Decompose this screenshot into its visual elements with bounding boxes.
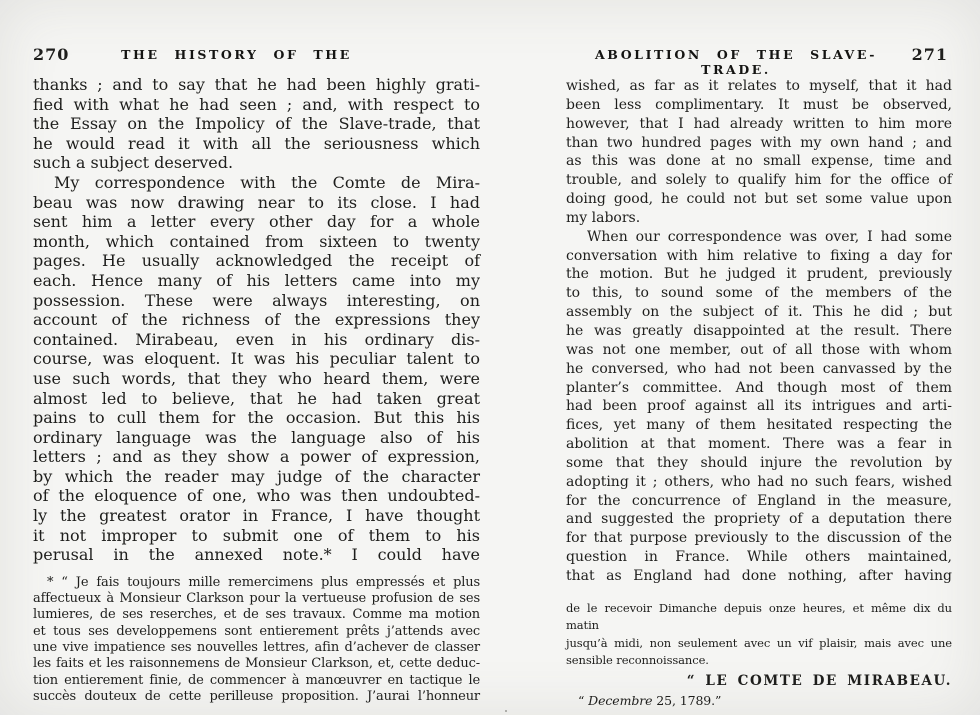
text-line: he was greatly disappointed at the resul…	[566, 322, 952, 341]
text-line: use such words, that they who heard them…	[33, 369, 480, 389]
text-line: however, that I had already written to h…	[566, 115, 952, 134]
text-line: conversation with him relative to fixing…	[566, 247, 952, 266]
running-header-right: ABOLITION OF THE SLAVE-TRADE.	[566, 45, 952, 77]
text-line: adopting it ; others, who had no such fe…	[566, 473, 952, 492]
text-line: trouble, and solely to qualify him for t…	[566, 171, 952, 190]
right-page: 271 ABOLITION OF THE SLAVE-TRADE. wished…	[566, 45, 952, 710]
text-line: sensible reconnoissance.	[566, 652, 952, 670]
text-line: lumieres, de ses reserches, et de ses tr…	[33, 607, 480, 623]
text-line: pains to cull them for the occasion. But…	[33, 408, 480, 428]
scan-speck	[505, 710, 507, 712]
text-line: for the concurrence of England in the me…	[566, 492, 952, 511]
text-line: fied with what he had seen ; and, with r…	[33, 95, 480, 115]
text-line: My correspondence with the Comte de Mira…	[33, 173, 480, 193]
text-line: les faits et les raisonnemens de Monsieu…	[33, 656, 480, 672]
text-line: contained. Mirabeau, even in his ordinar…	[33, 330, 480, 350]
text-line: course, was eloquent. It was his peculia…	[33, 349, 480, 369]
text-line: the Essay on the Impolicy of the Slave-t…	[33, 114, 480, 134]
text-line: planter’s committee. And though most of …	[566, 379, 952, 398]
text-line: than two hundred pages with my own hand …	[566, 134, 952, 153]
text-line: possession. These were always interestin…	[33, 291, 480, 311]
paragraph: My correspondence with the Comte de Mira…	[33, 173, 480, 565]
text-line: for that purpose previously to the discu…	[566, 529, 952, 548]
text-line: he conversed, who had not been canvassed…	[566, 360, 952, 379]
text-line: month, which contained from sixteen to t…	[33, 232, 480, 252]
text-line: * “ Je fais toujours mille remercimens p…	[33, 575, 480, 591]
text-line: letters ; and as they show a power of ex…	[33, 447, 480, 467]
left-body-text: thanks ; and to say that he had been hig…	[33, 75, 480, 565]
running-header-left: THE HISTORY OF THE	[33, 45, 480, 62]
text-line: When our correspondence was over, I had …	[566, 228, 952, 247]
left-footnote: * “ Je fais toujours mille remercimens p…	[33, 575, 480, 705]
text-line: succès douteux de cette perilleuse propo…	[33, 689, 480, 705]
text-line: of the eloquence of one, who was then un…	[33, 486, 480, 506]
footnote-date-open-quote: “	[578, 693, 588, 708]
right-body-text: wished, as far as it relates to myself, …	[566, 77, 952, 586]
text-line: beau was now drawing near to its close. …	[33, 193, 480, 213]
text-line: the motion. But he judged it prudent, pr…	[566, 265, 952, 284]
right-footnote-lines: de le recevoir Dimanche depuis onze heur…	[566, 600, 952, 670]
page-number-right: 271	[912, 45, 948, 64]
text-line: account of the richness of the expressio…	[33, 310, 480, 330]
paragraph: wished, as far as it relates to myself, …	[566, 77, 952, 228]
text-line: ordinary language was the language also …	[33, 428, 480, 448]
left-page: 270 THE HISTORY OF THE thanks ; and to s…	[33, 45, 480, 705]
text-line: fices, yet many of them hesitated respec…	[566, 416, 952, 435]
footnote-date: “ Decembre 25, 1789.”	[566, 692, 952, 710]
text-line: perusal in the annexed note.* I could ha…	[33, 545, 480, 565]
text-line: almost led to believe, that he had taken…	[33, 389, 480, 409]
text-line: jusqu’à midi, non seulement avec un vif …	[566, 635, 952, 653]
text-line: by which the reader may judge of the cha…	[33, 467, 480, 487]
text-line: and suggested the propriety of a deputat…	[566, 510, 952, 529]
text-line: such a subject deserved.	[33, 153, 480, 173]
text-line: sent him a letter every other day for a …	[33, 212, 480, 232]
text-line: wished, as far as it relates to myself, …	[566, 77, 952, 96]
text-line: ly the greatest orator in France, I have…	[33, 506, 480, 526]
text-line: affectueux à Monsieur Clarkson pour la v…	[33, 591, 480, 607]
footnote-signature: “ LE COMTE DE MIRABEAU.	[566, 673, 952, 691]
text-line: been less complimentary. It must be obse…	[566, 96, 952, 115]
text-line: each. Hence many of his letters came int…	[33, 271, 480, 291]
book-scan: 270 THE HISTORY OF THE thanks ; and to s…	[0, 0, 980, 715]
right-page-header: 271 ABOLITION OF THE SLAVE-TRADE.	[566, 45, 952, 67]
text-line: une vive impatience ses nouvelles lettre…	[33, 640, 480, 656]
text-line: some that they should injure the revolut…	[566, 454, 952, 473]
right-footnote: de le recevoir Dimanche depuis onze heur…	[566, 600, 952, 710]
text-line: thanks ; and to say that he had been hig…	[33, 75, 480, 95]
text-line: abolition at that moment. There was a fe…	[566, 435, 952, 454]
paragraph: When our correspondence was over, I had …	[566, 228, 952, 586]
paragraph: thanks ; and to say that he had been hig…	[33, 75, 480, 173]
text-line: was not one member, out of all those wit…	[566, 341, 952, 360]
text-line: et tous ses developpemens sont entiereme…	[33, 624, 480, 640]
text-line: as this was done at no small expense, ti…	[566, 152, 952, 171]
footnote-date-month: Decembre	[588, 693, 652, 708]
text-line: tion entierement finie, de commencer à m…	[33, 673, 480, 689]
text-line: de le recevoir Dimanche depuis onze heur…	[566, 600, 952, 635]
text-line: it not improper to submit one of them to…	[33, 526, 480, 546]
page-number-left: 270	[33, 45, 69, 64]
text-line: question in France. While others maintai…	[566, 548, 952, 567]
text-line: he would read it with all the seriousnes…	[33, 134, 480, 154]
text-line: doing good, he could not but set some va…	[566, 190, 952, 209]
left-page-header: 270 THE HISTORY OF THE	[33, 45, 480, 67]
text-line: that as England had done nothing, after …	[566, 567, 952, 586]
text-line: to this, to sound some of the members of…	[566, 284, 952, 303]
text-line: had been proof against all its intrigues…	[566, 397, 952, 416]
text-line: assembly on the subject of it. This he d…	[566, 303, 952, 322]
footnote-date-rest: 25, 1789.”	[652, 693, 721, 708]
text-line: my labors.	[566, 209, 952, 228]
text-line: pages. He usually acknowledged the recei…	[33, 251, 480, 271]
